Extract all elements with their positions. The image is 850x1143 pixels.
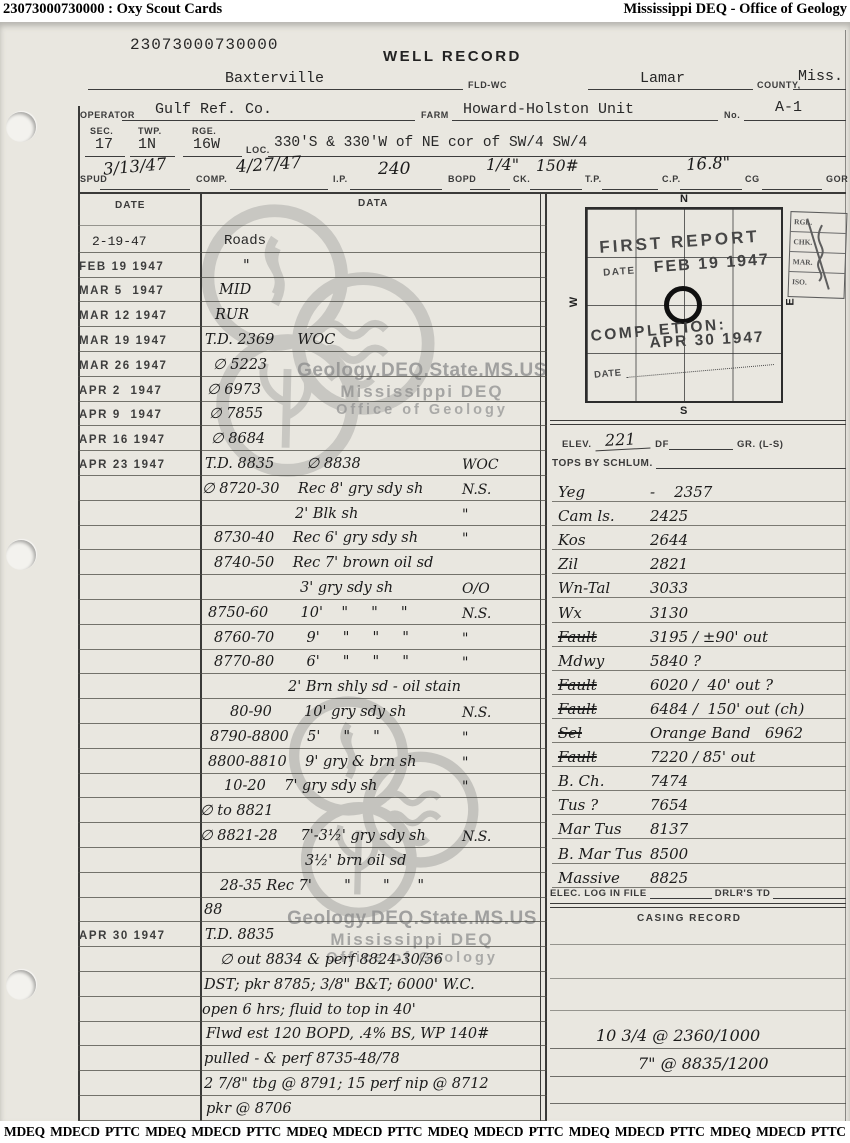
- footer-org-token: MDECD: [474, 1124, 524, 1140]
- log-date: FEB 19 1947: [78, 261, 201, 277]
- hole-punch: [6, 540, 36, 570]
- formation-top-row: Massive8825: [552, 864, 846, 888]
- formation-depth: 8825: [650, 869, 688, 887]
- formation-name: B. Ch.: [552, 772, 650, 790]
- log-entry: 2' Brn shly sd - oil stain: [200, 680, 547, 698]
- log-entry: T.D. 2369 WOC: [201, 333, 547, 351]
- formation-top-row: Mdwy5840 ?: [552, 647, 846, 671]
- compass-south: S: [680, 405, 687, 417]
- footer-org-token: MDEQ: [286, 1124, 327, 1140]
- sec-label: SEC.: [90, 126, 113, 136]
- log-entry-note: N.S.: [462, 829, 491, 845]
- document-id-title: 23073000730000 : Oxy Scout Cards: [3, 1, 222, 18]
- date-column-header: DATE: [115, 200, 145, 211]
- cp-value: 16.8": [686, 153, 731, 174]
- formation-top-row: Tus ?7654: [552, 791, 846, 815]
- log-row: DST; pkr 8785; 3/8" B&T; 6000' W.C.: [78, 972, 547, 997]
- log-entry: ∅ 8720-30 Rec 8' gry sdy sh: [200, 482, 547, 500]
- elev-gr-label: GR. (L-S): [737, 439, 784, 450]
- log-entry: 3' gry sdy sh: [200, 581, 547, 599]
- formation-name: Yeg: [552, 483, 650, 501]
- formation-depth: 8137: [650, 820, 688, 838]
- log-entry-note: ": [462, 631, 468, 647]
- log-entry: open 6 hrs; fluid to top in 40': [200, 1003, 547, 1021]
- log-entry-note: ": [462, 779, 468, 795]
- formation-depth: 6020 / 40' out ?: [650, 676, 773, 694]
- log-date: MAR 12 1947: [78, 310, 201, 326]
- footer-org-token: PTTC: [387, 1124, 422, 1140]
- footer-org-token: PTTC: [670, 1124, 705, 1140]
- field-name: Baxterville: [225, 70, 324, 87]
- log-entry: ∅ 6973: [201, 383, 547, 401]
- log-row: 2-19-47Roads: [78, 228, 547, 253]
- drilling-log: 2-19-47RoadsFEB 19 1947"MAR 5 1947MIDMAR…: [78, 228, 547, 1121]
- bopd-label: BOPD: [448, 174, 476, 184]
- footer-org-token: PTTC: [811, 1124, 846, 1140]
- field-label: FLD-WC: [468, 80, 507, 90]
- viewer-header: 23073000730000 : Oxy Scout Cards Mississ…: [0, 0, 850, 22]
- log-row: APR 16 1947∅ 8684: [78, 426, 547, 451]
- log-row: ∅ to 8821: [78, 798, 547, 823]
- log-row: APR 23 1947T.D. 8835 ∅ 8838WOC: [78, 451, 547, 476]
- footer-org-token: PTTC: [246, 1124, 281, 1140]
- log-entry: 8750-60 10' " " ": [200, 606, 547, 624]
- footer-org-token: MDEQ: [145, 1124, 186, 1140]
- ck-label: CK.: [513, 174, 530, 184]
- casing-entry: 7" @ 8835/1200: [638, 1054, 769, 1073]
- sec-value: 17: [95, 136, 113, 153]
- formation-name: Tus ?: [552, 796, 650, 814]
- log-row: 3½' brn oil sd: [78, 848, 547, 873]
- log-entry-note: ": [462, 755, 468, 771]
- formation-depth: 2644: [650, 531, 688, 549]
- footer-org-token: MDECD: [615, 1124, 665, 1140]
- log-entry-note: ": [462, 507, 468, 523]
- log-row: Flwd est 120 BOPD, .4% BS, WP 140#: [78, 1022, 547, 1047]
- log-date: 2-19-47: [78, 234, 214, 252]
- source-agency-title: Mississippi DEQ - Office of Geology: [623, 1, 847, 18]
- log-row: MAR 19 1947T.D. 2369 WOC: [78, 327, 547, 352]
- formation-name: Wn-Tal: [552, 579, 650, 597]
- formation-top-row: SelOrange Band 6962: [552, 719, 846, 743]
- spud-date: 3/13/47: [102, 154, 167, 178]
- log-entry-note: N.S.: [462, 606, 491, 622]
- footer-org-token: MDEQ: [428, 1124, 469, 1140]
- log-row: ∅ 8720-30 Rec 8' gry sdy shN.S.: [78, 476, 547, 501]
- formation-name: Kos: [552, 531, 650, 549]
- footer-org-token: MDECD: [756, 1124, 806, 1140]
- formation-top-row: B. Mar Tus8500: [552, 839, 846, 863]
- log-row: APR 2 1947∅ 6973: [78, 377, 547, 402]
- rge-label: RGE.: [192, 126, 216, 136]
- well-no-label: No.: [724, 110, 740, 120]
- log-entry: 8770-80 6' " " ": [200, 655, 547, 673]
- log-entry: pkr @ 8706: [200, 1102, 547, 1120]
- log-entry-note: ": [462, 531, 468, 547]
- formation-name: Sel: [552, 724, 650, 742]
- formation-top-row: Cam ls.2425: [552, 502, 846, 526]
- log-entry-note: ": [462, 730, 468, 746]
- log-entry: 2 7/8" tbg @ 8791; 15 perf nip @ 8712: [200, 1077, 547, 1095]
- farm-label: FARM: [421, 110, 449, 120]
- scout-card-page: 23073000730000 : Oxy Scout Cards Mississ…: [0, 0, 850, 1143]
- approval-stamp-box: RGL.CHK.MAR.ISO.: [788, 211, 848, 299]
- tops-header-line: [656, 468, 846, 469]
- elevation-row: ELEV. 221 DF GR. (L-S): [562, 430, 784, 450]
- formation-name: Mar Tus: [552, 820, 650, 838]
- drlrs-td-line: [773, 898, 846, 899]
- farm-name: Howard-Holston Unit: [463, 101, 634, 118]
- log-row: 8730-40 Rec 6' gry sdy sh": [78, 526, 547, 551]
- log-date: APR 16 1947: [78, 434, 201, 450]
- log-entry: 8740-50 Rec 7' brown oil sd: [200, 556, 547, 574]
- log-date: MAR 26 1947: [78, 360, 201, 376]
- twp-value: 1N: [138, 136, 156, 153]
- formation-name: Fault: [552, 700, 650, 718]
- log-row: 2' Brn shly sd - oil stain: [78, 674, 547, 699]
- log-entry: ∅ out 8834 & perf 8824-30/36: [200, 953, 547, 971]
- log-row: 8770-80 6' " " "": [78, 650, 547, 675]
- log-row: 8760-70 9' " " "": [78, 625, 547, 650]
- log-entry: 8800-8810 9' gry & brn sh: [200, 755, 547, 773]
- formation-name: B. Mar Tus: [552, 845, 650, 863]
- elev-df-line: [669, 449, 733, 450]
- log-row: MAR 5 1947MID: [78, 278, 547, 303]
- log-entry: ∅ 8821-28 7'-3½' gry sdy sh: [200, 829, 547, 847]
- log-entry-note: O/O: [462, 581, 490, 597]
- ip-value: 240: [378, 159, 410, 179]
- log-row: 10-20 7' gry sdy sh": [78, 774, 547, 799]
- log-entry-note: N.S.: [462, 482, 491, 498]
- footer-org-token: MDEQ: [4, 1124, 45, 1140]
- log-entry: Flwd est 120 BOPD, .4% BS, WP 140#: [200, 1027, 547, 1045]
- formation-depth: 7220 / 85' out: [650, 748, 755, 766]
- formation-name: Wx: [552, 604, 650, 622]
- log-row: FEB 19 1947": [78, 253, 547, 278]
- hole-punch: [6, 112, 36, 142]
- loc-label: LOC.: [246, 145, 270, 155]
- log-row: 80-90 10' gry sdy shN.S.: [78, 699, 547, 724]
- state-name: Miss.: [798, 68, 843, 85]
- footer-org-token: PTTC: [105, 1124, 140, 1140]
- formation-depth: 3130: [650, 604, 688, 622]
- api-number: 23073000730000: [130, 36, 278, 54]
- log-row: APR 9 1947∅ 7855: [78, 402, 547, 427]
- log-row: pulled - & perf 8735-48/78: [78, 1046, 547, 1071]
- log-row: 8750-60 10' " " "N.S.: [78, 600, 547, 625]
- footer-org-token: MDECD: [333, 1124, 383, 1140]
- footer-org-token: MDECD: [191, 1124, 241, 1140]
- loc-value: 330'S & 330'W of NE cor of SW/4 SW/4: [274, 135, 587, 151]
- elec-log-line: [650, 898, 712, 899]
- footer-org-token: MDECD: [50, 1124, 100, 1140]
- log-entry: T.D. 8835: [201, 928, 547, 946]
- log-row: 8800-8810 9' gry & brn sh": [78, 749, 547, 774]
- log-row: 2 7/8" tbg @ 8791; 15 perf nip @ 8712: [78, 1071, 547, 1096]
- log-date: APR 9 1947: [78, 409, 201, 425]
- formation-name: Fault: [552, 676, 650, 694]
- formation-name: Fault: [552, 628, 650, 646]
- formation-depth: 7654: [650, 796, 688, 814]
- log-entry-note: ": [462, 655, 468, 671]
- log-entry: 10-20 7' gry sdy sh: [200, 779, 547, 797]
- log-row: APR 30 1947T.D. 8835: [78, 922, 547, 947]
- cg-label: CG: [745, 174, 760, 184]
- formation-depth: Orange Band 6962: [650, 724, 803, 742]
- twp-label: TWP.: [138, 126, 162, 136]
- formation-depth: 6484 / 150' out (ch): [650, 700, 804, 718]
- log-row: open 6 hrs; fluid to top in 40': [78, 997, 547, 1022]
- log-entry: 80-90 10' gry sdy sh: [200, 705, 547, 723]
- formation-name: Cam ls.: [552, 507, 650, 525]
- operator-name: Gulf Ref. Co.: [155, 101, 272, 118]
- well-no-value: A-1: [775, 99, 802, 116]
- formation-tops-list: Yeg- 2357Cam ls.2425Kos2644Zil2821Wn-Tal…: [552, 478, 846, 888]
- compass-north: N: [680, 193, 688, 205]
- log-row: ∅ 8821-28 7'-3½' gry sdy shN.S.: [78, 823, 547, 848]
- card-title: WELL RECORD: [383, 48, 522, 65]
- formation-top-row: Fault6484 / 150' out (ch): [552, 695, 846, 719]
- viewer-footer: MDEQMDECDPTTCMDEQMDECDPTTCMDEQMDECDPTTCM…: [0, 1121, 850, 1143]
- formation-depth: - 2357: [650, 483, 712, 501]
- compass-west: W: [568, 297, 580, 307]
- comp-date: 4/27/47: [235, 153, 302, 178]
- elev-df-label: DF: [655, 439, 669, 450]
- ip-label: I.P.: [333, 174, 348, 184]
- footer-org-token: PTTC: [529, 1124, 564, 1140]
- casing-entry: 10 3/4 @ 2360/1000: [596, 1026, 760, 1045]
- log-row: 3' gry sdy shO/O: [78, 575, 547, 600]
- log-entry: ∅ to 8821: [200, 804, 547, 822]
- well-record-card-scan: Geology.DEQ.State.MS.US Mississippi DEQ …: [0, 22, 850, 1121]
- log-entry: 28-35 Rec 7' " " ": [200, 879, 547, 897]
- comp-label: COMP.: [196, 174, 227, 184]
- ck-value: 150#: [536, 157, 579, 175]
- log-entry: 3½' brn oil sd: [200, 854, 547, 872]
- formation-top-row: Fault7220 / 85' out: [552, 743, 846, 767]
- approval-signature: [789, 212, 847, 298]
- log-entry: MID: [201, 283, 547, 301]
- log-entry: ∅ 8684: [201, 432, 547, 450]
- formation-depth: 8500: [650, 845, 688, 863]
- log-date: APR 23 1947: [78, 459, 201, 475]
- formation-name: Fault: [552, 748, 650, 766]
- log-row: 8790-8800 5' " "": [78, 724, 547, 749]
- casing-record-title: CASING RECORD: [637, 913, 742, 924]
- county-name: Lamar: [640, 70, 685, 87]
- rge-value: 16W: [193, 136, 220, 153]
- log-entry: 8760-70 9' " " ": [200, 631, 547, 649]
- formation-top-row: Zil2821: [552, 550, 846, 574]
- elev-value: 221: [594, 429, 650, 452]
- log-entry: pulled - & perf 8735-48/78: [200, 1052, 547, 1070]
- formation-depth: 7474: [650, 772, 688, 790]
- data-column-header: DATA: [358, 198, 388, 209]
- formation-top-row: Wx3130: [552, 598, 846, 622]
- formation-name: Mdwy: [552, 652, 650, 670]
- log-date: MAR 19 1947: [78, 335, 201, 351]
- log-row: ∅ out 8834 & perf 8824-30/36: [78, 947, 547, 972]
- log-row: 8740-50 Rec 7' brown oil sd: [78, 550, 547, 575]
- formation-depth: 3195 / ±90' out: [650, 628, 768, 646]
- log-entry-note: N.S.: [462, 705, 491, 721]
- bopd-value: 1/4": [486, 155, 519, 174]
- log-row: 2' Blk sh": [78, 501, 547, 526]
- elec-log-row: ELEC. LOG IN FILE DRLR'S TD: [550, 888, 846, 899]
- formation-name: Massive: [552, 869, 650, 887]
- log-date: APR 2 1947: [78, 385, 201, 401]
- formation-depth: 2821: [650, 555, 688, 573]
- log-date: APR 30 1947: [78, 930, 201, 946]
- formation-top-row: Kos2644: [552, 526, 846, 550]
- tops-header: TOPS BY SCHLUM.: [552, 458, 846, 469]
- first-report-date-label: DATE: [603, 265, 636, 278]
- log-row: MAR 26 1947∅ 5223: [78, 352, 547, 377]
- formation-top-row: Wn-Tal3033: [552, 574, 846, 598]
- log-entry: RUR: [201, 308, 547, 326]
- formation-depth: 2425: [650, 507, 688, 525]
- formation-depth: 3033: [650, 579, 688, 597]
- log-row: MAR 12 1947RUR: [78, 302, 547, 327]
- log-date: MAR 5 1947: [78, 285, 201, 301]
- log-row: 88: [78, 898, 547, 923]
- log-entry: Roads: [214, 233, 547, 252]
- cp-label: C.P.: [662, 174, 681, 184]
- log-entry-note: WOC: [462, 457, 499, 473]
- log-entry: 88: [200, 903, 547, 921]
- log-row: pkr @ 8706: [78, 1096, 547, 1121]
- formation-top-row: Fault6020 / 40' out ?: [552, 671, 846, 695]
- hole-punch: [6, 970, 36, 1000]
- footer-org-token: MDEQ: [569, 1124, 610, 1140]
- formation-name: Zil: [552, 555, 650, 573]
- formation-top-row: Mar Tus8137: [552, 815, 846, 839]
- formation-top-row: Yeg- 2357: [552, 478, 846, 502]
- log-entry: 8730-40 Rec 6' gry sdy sh: [200, 531, 547, 549]
- log-entry: ∅ 5223: [201, 358, 547, 376]
- compass-east: E: [785, 298, 797, 305]
- tp-label: T.P.: [585, 174, 602, 184]
- log-entry: 2' Blk sh: [200, 507, 547, 525]
- formation-top-row: Fault3195 / ±90' out: [552, 623, 846, 647]
- formation-depth: 5840 ?: [650, 652, 701, 670]
- log-row: 28-35 Rec 7' " " ": [78, 873, 547, 898]
- log-entry: ∅ 7855: [201, 407, 547, 425]
- log-entry: DST; pkr 8785; 3/8" B&T; 6000' W.C.: [200, 978, 547, 996]
- formation-top-row: B. Ch.7474: [552, 767, 846, 791]
- log-entry: 8790-8800 5' " ": [200, 730, 547, 748]
- log-entry: ": [201, 259, 547, 277]
- elev-label: ELEV.: [562, 439, 592, 450]
- footer-org-token: MDEQ: [710, 1124, 751, 1140]
